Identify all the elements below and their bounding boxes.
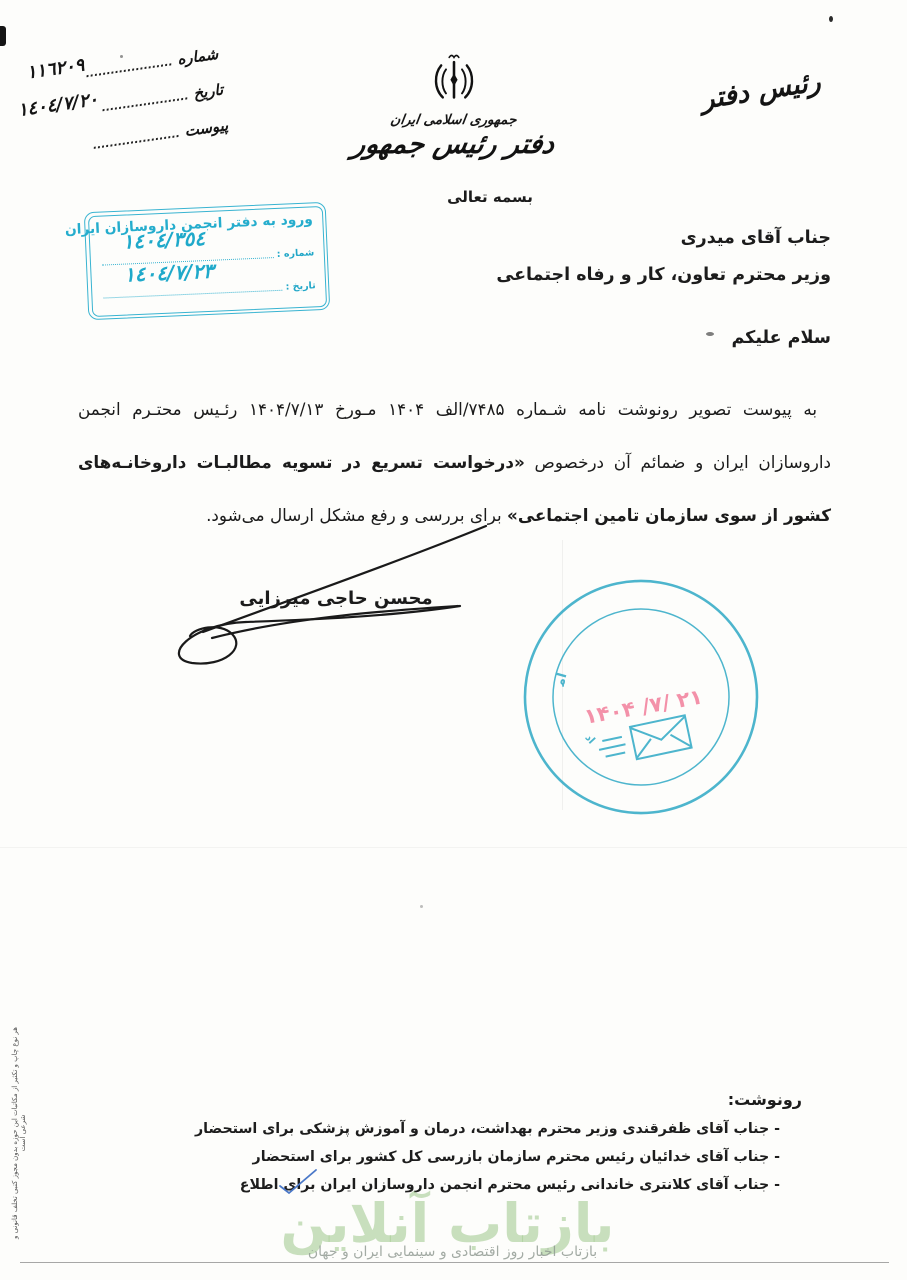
paper-crease xyxy=(0,847,907,848)
recipient-name: جناب آقای میدری xyxy=(496,220,831,257)
scan-speck xyxy=(706,332,714,336)
stamp-ring-text: حوزه معاونت اداری و مالی معاونت اجرایی ر… xyxy=(493,593,499,604)
entry-stamp-inner: ورود به دفتر انجمن داروسازان ایران شماره… xyxy=(87,205,326,316)
besmellah: بسمه تعالی xyxy=(420,188,560,206)
watermark-tagline: بازتاب اخبار روز اقتصادی و سینمایی ایران… xyxy=(255,1244,650,1260)
ref-date-label: تاریخ xyxy=(192,80,224,102)
bottom-rule xyxy=(20,1262,889,1263)
scan-speck xyxy=(829,16,833,22)
dotted-leader xyxy=(103,289,283,298)
entry-stamp-date-label: تاریخ : xyxy=(285,280,316,294)
cc-item: - جناب آقای خدائیان رئیس محترم سازمان با… xyxy=(195,1143,802,1171)
cc-heading: رونوشت: xyxy=(195,1090,802,1109)
dotted-leader: ..................... xyxy=(85,55,174,80)
signature-scrawl xyxy=(148,518,493,673)
scanned-letter-page: جمهوری اسلامی ایران دفتر رئیس جمهور رئیس… xyxy=(0,0,907,1280)
svg-text:امور توزیع مکاتبات: امور توزیع مکاتبات xyxy=(493,576,573,701)
entry-stamp: ورود به دفتر انجمن داروسازان ایران شماره… xyxy=(84,202,330,320)
stamp-bottom-text: اداره کل دبیرخانه مرکزی xyxy=(493,577,599,761)
dotted-leader: ..................... xyxy=(92,127,181,152)
entry-stamp-date-value: ١٤٠٤/٧/٢٣ xyxy=(123,258,214,286)
cc-item: - جناب آقای ظفرقندی وزیر محترم بهداشت، د… xyxy=(195,1115,802,1143)
margin-legal-note: هر نوع چاپ و تکثیر از مکاتبات این حوزه ب… xyxy=(11,1018,27,1248)
entry-stamp-number-value: ١٤٠٤/٣٥٤ xyxy=(122,226,205,254)
dotted-leader: ..................... xyxy=(101,89,190,114)
iran-emblem-icon xyxy=(430,48,478,110)
entry-stamp-date-row: تاریخ : ١٤٠٤/٧/٢٣ xyxy=(100,260,316,302)
ref-attachment-label: پیوست xyxy=(183,116,229,140)
recipient-block: جناب آقای میدری وزیر محترم تعاون، کار و … xyxy=(496,220,831,294)
svg-text:اداره کل دبیرخانه مرکزی: اداره کل دبیرخانه مرکزی xyxy=(493,577,599,761)
scan-edge-mark xyxy=(0,26,6,46)
distribution-round-stamp: حوزه معاونت اداری و مالی معاونت اجرایی ر… xyxy=(493,549,790,846)
salutation: سلام علیکم xyxy=(731,328,831,348)
stamp-inner-title: امور توزیع مکاتبات xyxy=(493,576,573,701)
ref-number-label: شماره xyxy=(176,45,219,69)
recipient-title: وزیر محترم تعاون، کار و رفاه اجتماعی xyxy=(496,257,831,294)
scan-speck xyxy=(420,905,423,908)
svg-text:حوزه معاونت اداری و مالی معاون: حوزه معاونت اداری و مالی معاونت اجرایی ر… xyxy=(493,593,499,604)
